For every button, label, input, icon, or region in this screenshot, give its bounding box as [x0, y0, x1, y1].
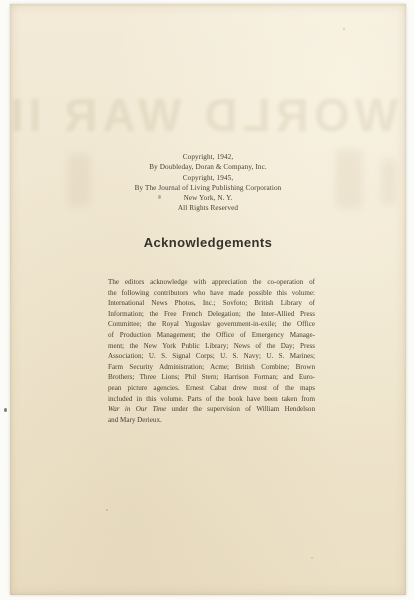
show-through-title-text: WORLD WAR II — [18, 88, 398, 142]
paragraph-line: included in this volume. Parts of the bo… — [108, 394, 315, 405]
paragraph-line: Association; U. S. Signal Corps; U. S. N… — [108, 351, 315, 362]
copyright-line: By Doubleday, Doran & Company, Inc. — [10, 162, 406, 172]
copyright-line: All Rights Reserved — [10, 203, 406, 213]
paragraph-line: War in Our Time under the supervision of… — [108, 404, 315, 415]
paragraph-line: Information; the Free French Delegation;… — [108, 309, 315, 320]
paragraph-line: pean picture agencies. Ernest Cabat drew… — [108, 383, 315, 394]
scanned-page: WORLD WAR II Copyright, 1942, By Doubled… — [0, 0, 414, 600]
paragraph-line: and Mary Derieux. — [108, 415, 315, 426]
paragraph-line: Farm Security Administration; Acme; Brit… — [108, 362, 315, 373]
paragraph-line-text: under the supervision of William Hendels… — [166, 405, 315, 413]
scan-speck — [343, 28, 345, 30]
scan-speck — [106, 509, 108, 511]
scan-speck — [158, 195, 161, 199]
scan-speck — [311, 557, 313, 559]
book-title-italic: War in Our Time — [108, 405, 166, 413]
acknowledgements-heading: Acknowledgements — [10, 235, 406, 250]
copyright-line: Copyright, 1942, — [10, 152, 406, 162]
paragraph-line: the following contributors who have made… — [108, 288, 315, 299]
copyright-line: New York, N. Y. — [10, 193, 406, 203]
acknowledgements-paragraph: The editors acknowledge with appreciatio… — [108, 277, 315, 425]
paragraph-line: International News Photos, Inc.; Sovfoto… — [108, 298, 315, 309]
paragraph-line: Brothers; Three Lions; Phil Stern; Harri… — [108, 372, 315, 383]
paragraph-line: Committee; the Royal Yugoslav government… — [108, 319, 315, 330]
copyright-line: Copyright, 1945, — [10, 173, 406, 183]
paragraph-line: of Production Management; the Office of … — [108, 330, 315, 341]
copyright-block: Copyright, 1942, By Doubleday, Doran & C… — [10, 152, 406, 214]
scan-speck — [4, 408, 7, 412]
book-page: WORLD WAR II Copyright, 1942, By Doubled… — [10, 4, 406, 595]
paragraph-line: The editors acknowledge with appreciatio… — [108, 277, 315, 288]
paragraph-line: ment; the New York Public Library; News … — [108, 341, 315, 352]
copyright-line: By The Journal of Living Publishing Corp… — [10, 183, 406, 193]
